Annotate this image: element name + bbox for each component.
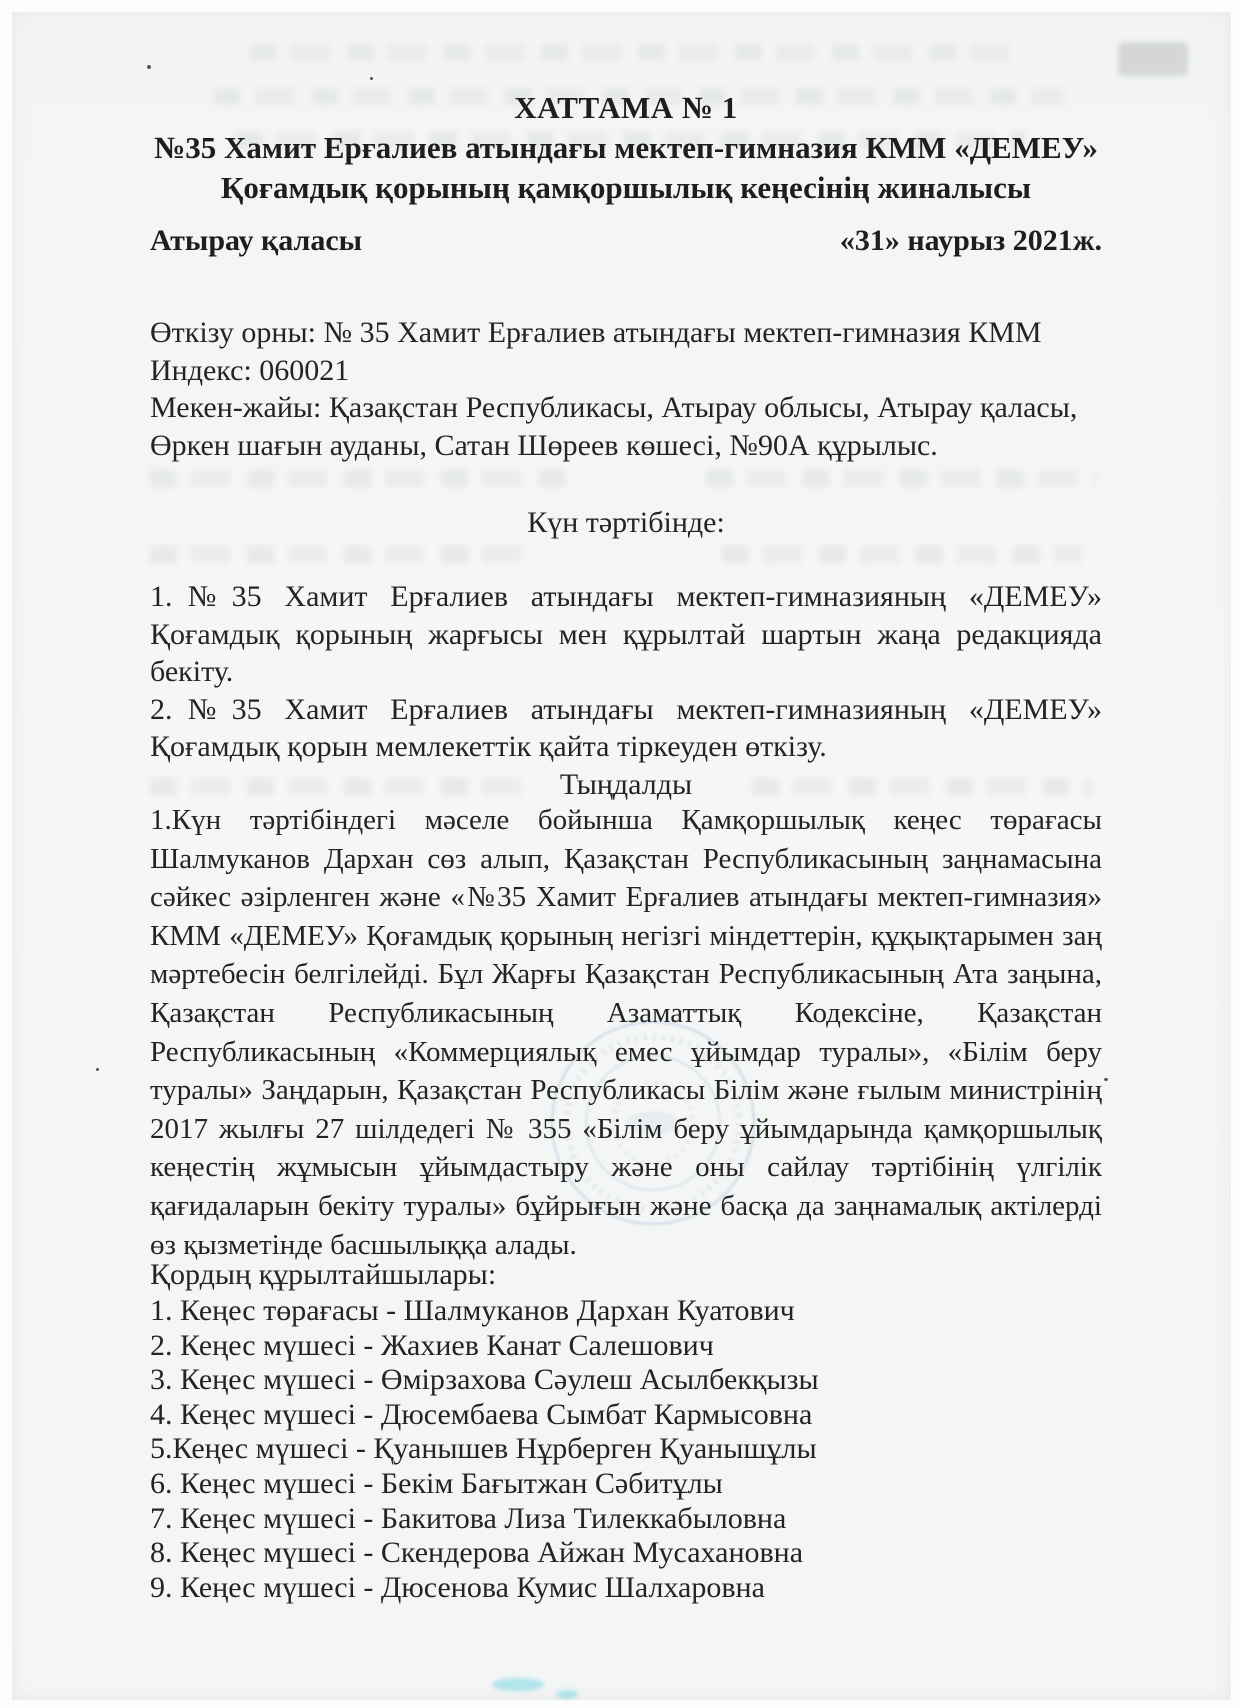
city-date-row: Атырау қаласы «31» наурыз 2021ж. <box>150 224 1102 258</box>
document-content: ХАТТАМА № 1 №35 Хамит Ерғалиев атындағы … <box>0 0 1241 1708</box>
meeting-subtitle: Қоғамдық қорының қамқоршылық кеңесінің ж… <box>150 168 1102 208</box>
founder-item: 7. Кеңес мүшесі - Бакитова Лиза Тилеккаб… <box>150 1502 1102 1537</box>
address-line: Мекен-жайы: Қазақстан Республикасы, Атыр… <box>150 389 1102 427</box>
organization-name: №35 Хамит Ерғалиев атындағы мектеп-гимна… <box>150 128 1102 168</box>
agenda-item: 1.№35 Хамит Ерғалиев атындағы мектеп-гим… <box>150 578 1102 691</box>
founder-item: 8. Кеңес мүшесі - Скендерова Айжан Мусах… <box>150 1536 1102 1571</box>
heard-heading: Тыңдалды <box>150 768 1102 802</box>
founder-item: 9. Кеңес мүшесі - Дюсенова Кумис Шалхаро… <box>150 1571 1102 1606</box>
date-label: «31» наурыз 2021ж. <box>840 224 1102 258</box>
agenda-list: 1.№35 Хамит Ерғалиев атындағы мектеп-гим… <box>150 578 1102 766</box>
postal-index-line: Индекс: 060021 <box>150 352 1102 390</box>
city-label: Атырау қаласы <box>150 224 362 258</box>
founders-list: 1. Кеңес төрағасы - Шалмуканов Дархан Ку… <box>150 1294 1102 1605</box>
protocol-title: ХАТТАМА № 1 <box>150 88 1102 128</box>
founder-item: 1. Кеңес төрағасы - Шалмуканов Дархан Ку… <box>150 1294 1102 1329</box>
founder-item: 3. Кеңес мүшесі - Өмірзахова Сәулеш Асыл… <box>150 1363 1102 1398</box>
founder-item: 5.Кеңес мүшесі - Қуанышев Нұрберген Қуан… <box>150 1432 1102 1467</box>
agenda-heading: Күн тәртібінде: <box>150 506 1102 540</box>
venue-block: Өткізу орны: № 35 Хамит Ерғалиев атындағ… <box>150 314 1102 464</box>
founder-item: 2. Кеңес мүшесі - Жахиев Канат Салешович <box>150 1329 1102 1364</box>
scanned-document: ХАТТАМА № 1 №35 Хамит Ерғалиев атындағы … <box>0 0 1241 1708</box>
agenda-item: 2.№35 Хамит Ерғалиев атындағы мектеп-гим… <box>150 691 1102 766</box>
founder-item: 4. Кеңес мүшесі - Дюсембаева Сымбат Карм… <box>150 1398 1102 1433</box>
venue-line: Өткізу орны: № 35 Хамит Ерғалиев атындағ… <box>150 314 1102 352</box>
document-header: ХАТТАМА № 1 №35 Хамит Ерғалиев атындағы … <box>150 88 1102 208</box>
heard-paragraph: 1.Күн тәртібіндегі мәселе бойынша Қамқор… <box>150 801 1102 1264</box>
founder-item: 6. Кеңес мүшесі - Бекім Бағытжан Сәбитұл… <box>150 1467 1102 1502</box>
founders-heading: Қордың құрылтайшылары: <box>150 1258 1102 1292</box>
address-line: Өркен шағын ауданы, Сатан Шөреев көшесі,… <box>150 427 1102 465</box>
